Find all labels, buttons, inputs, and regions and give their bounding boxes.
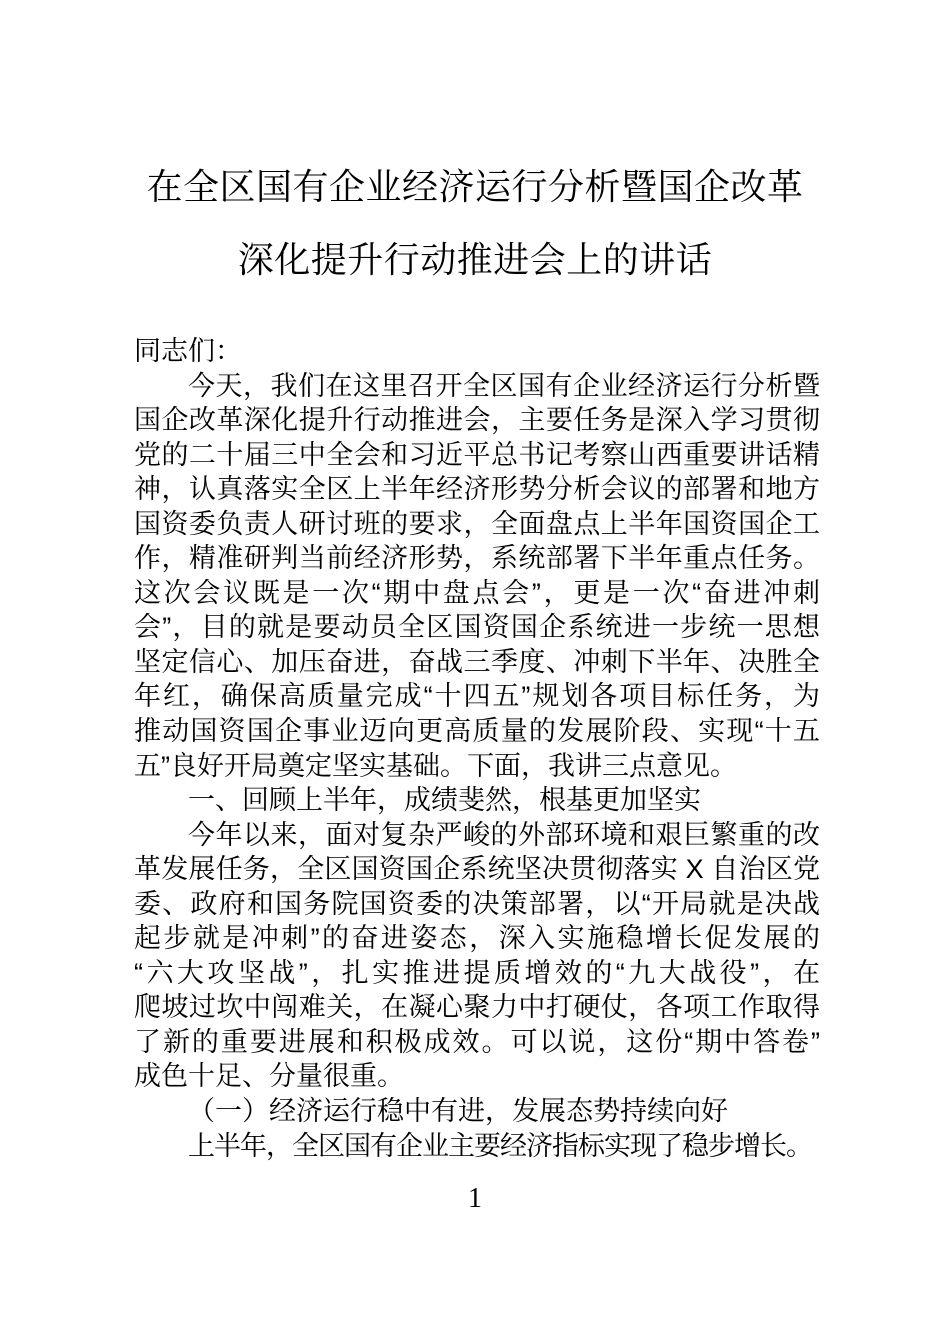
text-line: 作，精准研判当前经济形势，系统部署下半年重点任务。 (134, 541, 820, 576)
text-line: 坚定信心、加压奋进，奋战三季度、冲刺下半年、决胜全 (134, 645, 820, 680)
text-line: 了新的重要进展和积极成效。可以说，这份“期中答卷” (134, 1025, 820, 1060)
text-line: 年红，确保高质量完成“十四五”规划各项目标任务，为 (134, 679, 820, 714)
text-line: 国企改革深化提升行动推进会，主要任务是深入学习贯彻 (134, 403, 820, 438)
document-page: 在全区国有企业经济运行分析暨国企改革 深化提升行动推进会上的讲话 同志们： 今天… (0, 0, 950, 1344)
text-line: 委、政府和国务院国资委的决策部署，以“开局就是决战 (134, 887, 820, 922)
text-line: 今年以来，面对复杂严峻的外部环境和艰巨繁重的改 (134, 818, 820, 853)
section-heading-1-1: （一）经济运行稳中有进，发展态势持续向好 (134, 1094, 820, 1129)
title-line-2: 深化提升行动推进会上的讲话 (0, 223, 950, 296)
text-line: 今天，我们在这里召开全区国有企业经济运行分析暨 (134, 369, 820, 404)
title-line-1: 在全区国有企业经济运行分析暨国企改革 (0, 150, 950, 223)
salutation: 同志们： (134, 334, 820, 369)
text-line: 五”良好开局奠定坚实基础。下面，我讲三点意见。 (134, 749, 820, 784)
text-line: 起步就是冲刺”的奋进姿态，深入实施稳增长促发展的 (134, 921, 820, 956)
text-line: 国资委负责人研讨班的要求，全面盘点上半年国资国企工 (134, 507, 820, 542)
section-heading-1: 一、回顾上半年，成绩斐然，根基更加坚实 (134, 783, 820, 818)
text-line: 成色十足、分量很重。 (134, 1059, 820, 1094)
text-line: 这次会议既是一次“期中盘点会”，更是一次“奋进冲刺 (134, 576, 820, 611)
text-line: 爬坡过坎中闯难关，在凝心聚力中打硬仗，各项工作取得 (134, 990, 820, 1025)
text-line: 党的二十届三中全会和习近平总书记考察山西重要讲话精 (134, 438, 820, 473)
text-line: 会”，目的就是要动员全区国资国企系统进一步统一思想 (134, 610, 820, 645)
text-line: “六大攻坚战”，扎实推进提质增效的“九大战役”，在 (134, 956, 820, 991)
document-body: 同志们： 今天，我们在这里召开全区国有企业经济运行分析暨 国企改革深化提升行动推… (134, 334, 820, 1163)
text-line: 神，认真落实全区上半年经济形势分析会议的部署和地方 (134, 472, 820, 507)
text-line: 上半年，全区国有企业主要经济指标实现了稳步增长。 (134, 1129, 820, 1164)
document-title: 在全区国有企业经济运行分析暨国企改革 深化提升行动推进会上的讲话 (0, 0, 950, 296)
page-number: 1 (0, 1184, 950, 1214)
text-line: 推动国资国企事业迈向更高质量的发展阶段、实现“十五 (134, 714, 820, 749)
text-line: 革发展任务，全区国资国企系统坚决贯彻落实 X 自治区党 (134, 852, 820, 887)
